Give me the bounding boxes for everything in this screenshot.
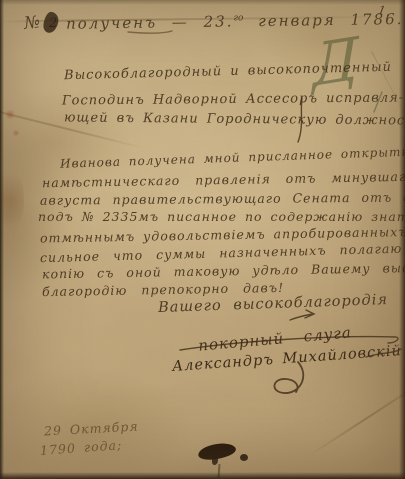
manuscript-line: подъ № 2335мъ писанное по содержанію зна…: [38, 209, 405, 224]
manuscript-line: ющей въ Казани Городническую должность: [64, 110, 405, 128]
manuscript-page: № 2 полученъ — 23.го генваря 1786. года …: [0, 0, 405, 479]
received-prefix: полученъ —: [66, 13, 189, 33]
received-day: 23.: [203, 12, 233, 30]
received-superscript: го: [233, 13, 243, 23]
manuscript-line: августа правительствующаго Сената отъ се…: [40, 189, 405, 207]
page-number: 1.: [376, 3, 392, 19]
manuscript-line: Господинъ Надворной Ассесоръ исправля-: [62, 91, 404, 109]
document-number-label: №: [23, 12, 42, 34]
ink-blot-dot: [240, 454, 248, 461]
